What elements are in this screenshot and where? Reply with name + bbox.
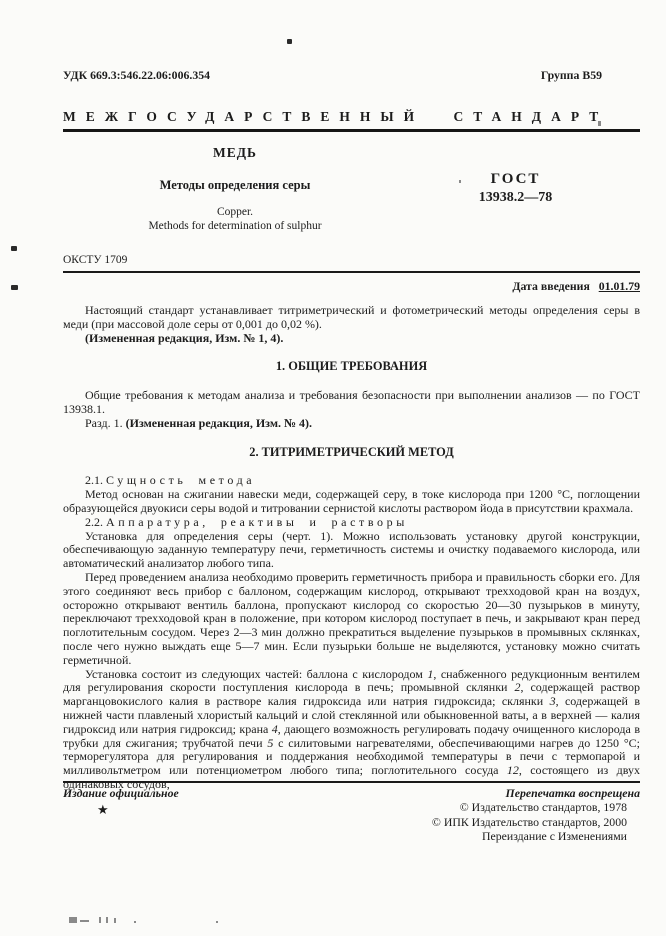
okstu-code: ОКСТУ 1709 [63,254,640,266]
reprint-forbidden-label: Перепечатка воспрещена [506,786,640,801]
document-content: УДК 669.3:546.22.06:006.354 Группа В59 М… [63,68,640,792]
paragraph: Разд. 1. (Измененная редакция, Изм. № 4)… [63,417,640,431]
document-title: МЕДЬ [63,145,407,161]
scan-speck [287,39,292,44]
gost-designation: ГОСТ 13938.2—78 [458,171,573,206]
document-subtitle: Методы определения серы [63,178,407,193]
paragraph: Перед проведением анализа необходимо про… [63,571,640,668]
standard-banner: МЕЖГОСУДАРСТВЕННЫЙ СТАНДАРТ [63,109,640,125]
paragraph: Настоящий стандарт устанавливает титриме… [63,304,640,332]
scan-speck [459,180,461,183]
footer-row: Издание официальное Перепечатка воспреще… [63,786,640,801]
reissue-note: Переиздание с Изменениями [432,829,627,844]
effective-date-label: Дата введения [512,279,590,293]
udk-code: УДК 669.3:546.22.06:006.354 [63,68,210,83]
title-en-line1: Copper. [63,206,407,220]
scan-speck [11,285,18,290]
copyright-block: © Издательство стандартов, 1978 © ИПК Из… [432,800,627,844]
scan-speck [598,121,601,126]
paragraph: Установка для определения серы (черт. 1)… [63,530,640,571]
section-heading: 1. ОБЩИЕ ТРЕБОВАНИЯ [63,360,640,374]
classification-row: УДК 669.3:546.22.06:006.354 Группа В59 [63,68,640,83]
scanned-document-page: УДК 669.3:546.22.06:006.354 Группа В59 М… [0,0,666,936]
subsection-heading: 2.1. Сущность метода [63,474,640,488]
section-heading: 2. ТИТРИМЕТРИЧЕСКИЙ МЕТОД [63,446,640,460]
star-icon: ★ [97,802,109,818]
scan-speck [11,246,17,251]
scan-noise [134,921,136,923]
scan-noise [106,917,108,923]
copyright-line-1978: © Издательство стандартов, 1978 [432,800,627,815]
document-body: Настоящий стандарт устанавливает титриме… [63,304,640,792]
document-title-english: Copper. Methods for determination of sul… [63,206,407,233]
paragraph: Установка состоит из следующих частей: б… [63,668,640,792]
effective-date-value: 01.01.79 [599,279,640,293]
group-code: Группа В59 [541,68,640,83]
scan-noise [114,918,116,923]
page-footer: Издание официальное Перепечатка воспреще… [63,781,640,801]
paragraph: Общие требования к методам анализа и тре… [63,389,640,417]
title-block: МЕДЬ Методы определения серы Copper. Met… [63,145,640,242]
effective-date-line: Дата введения 01.01.79 [63,279,640,294]
gost-label: ГОСТ [458,171,573,188]
copyright-line-2000: © ИПК Издательство стандартов, 2000 [432,815,627,830]
title-left-column: МЕДЬ Методы определения серы Copper. Met… [63,145,407,233]
official-edition-label: Издание официальное [63,786,179,801]
paragraph: Метод основан на сжигании навески меди, … [63,488,640,516]
scan-noise [99,917,101,923]
header-divider [63,271,640,273]
paragraph: (Измененная редакция, Изм. № 1, 4). [63,332,640,346]
scan-noise [80,920,89,922]
standard-banner-rule: МЕЖГОСУДАРСТВЕННЫЙ СТАНДАРТ [63,109,640,132]
gost-number: 13938.2—78 [458,190,573,206]
scan-noise [216,921,218,923]
scan-noise [69,917,77,923]
title-en-line2: Methods for determination of sulphur [63,220,407,234]
subsection-heading: 2.2. Аппаратура, реактивы и растворы [63,516,640,530]
